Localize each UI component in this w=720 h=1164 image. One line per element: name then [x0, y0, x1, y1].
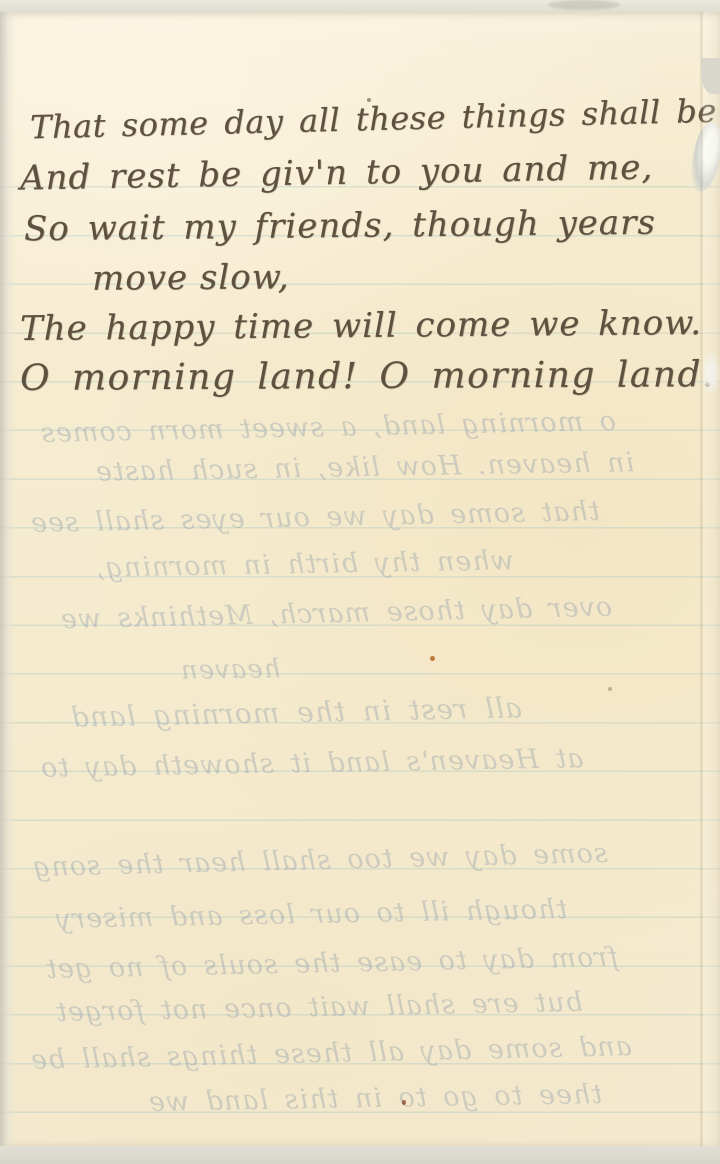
- scan-edge-bottom: [0, 1146, 720, 1164]
- foxing-speck: [367, 98, 371, 102]
- scanned-letter-page: o morning land, a sweet morn comes in he…: [0, 0, 720, 1164]
- foxing-speck: [402, 1100, 406, 1105]
- poem-line: The happy time will come we know.: [20, 303, 702, 349]
- scan-smudge: [548, 0, 620, 10]
- paper-edge-right: [703, 12, 720, 1146]
- under-sheet-edge-left: [0, 12, 15, 1146]
- foxing-speck: [430, 656, 435, 661]
- poem-line: move slow,: [92, 257, 290, 298]
- poem-line: O morning land! O morning land.: [20, 354, 715, 399]
- poem-line: So wait my friends, though years: [24, 203, 656, 250]
- bleedthrough-line: heaven: [180, 654, 281, 685]
- foxing-speck: [608, 687, 612, 691]
